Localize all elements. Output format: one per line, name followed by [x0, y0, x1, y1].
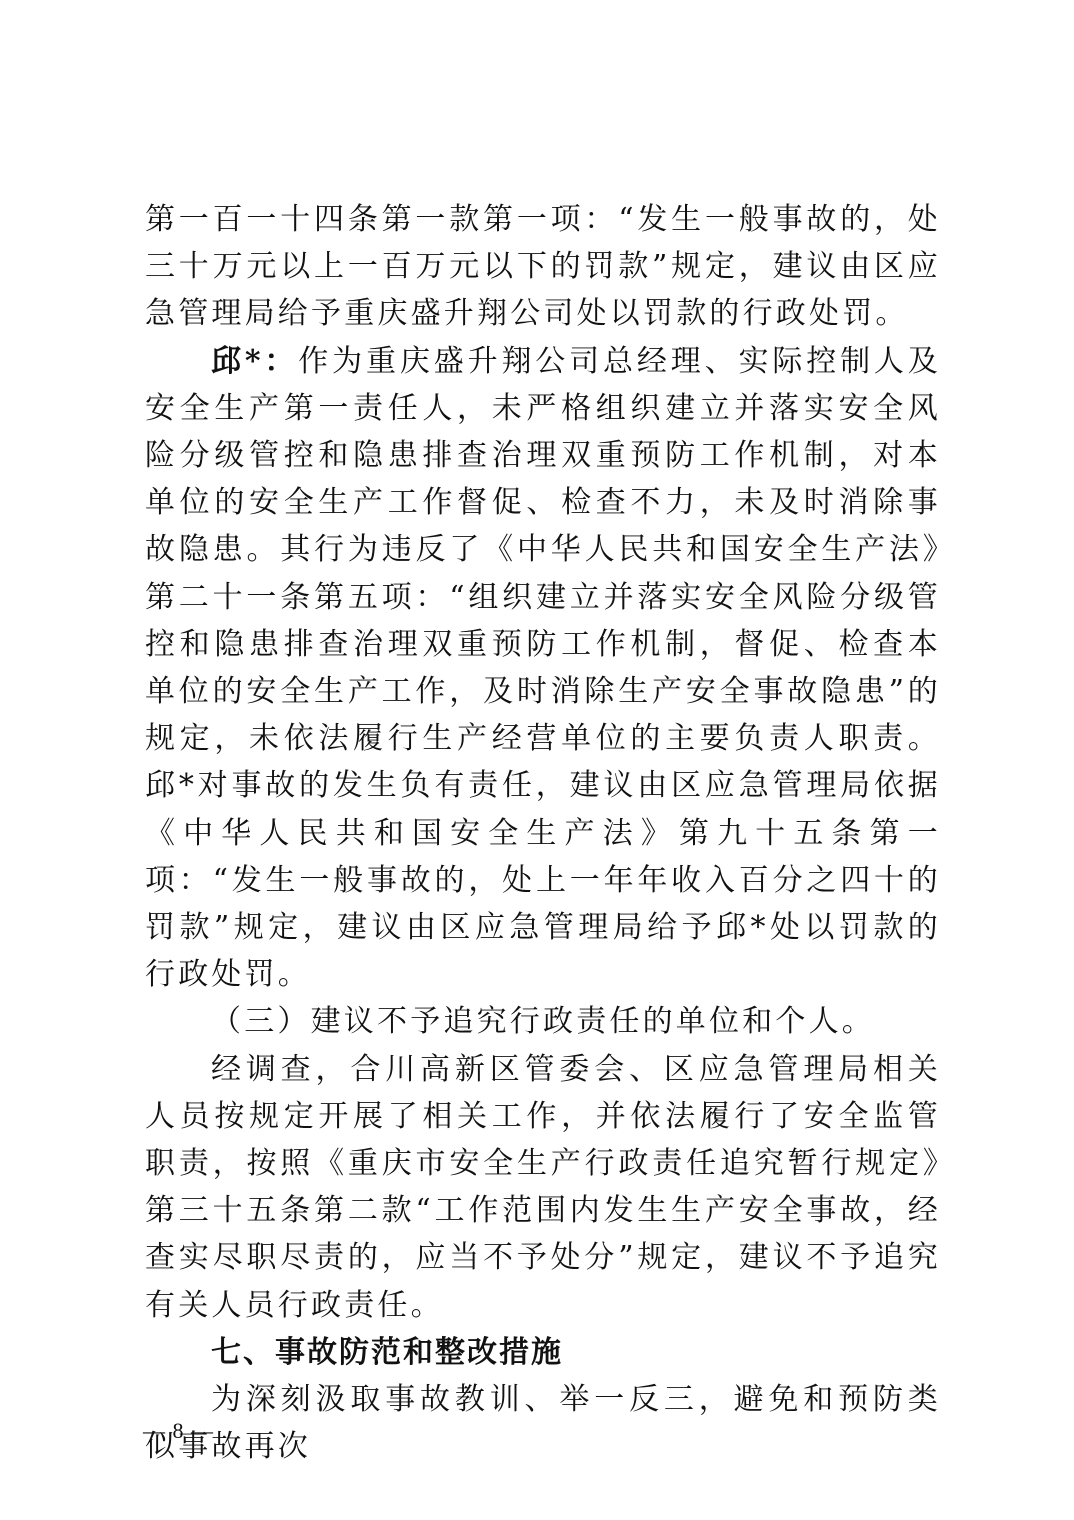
page-number: — 8 —: [143, 1418, 214, 1444]
paragraph-text: 作为重庆盛升翔公司总经理、实际控制人及安全生产第一责任人，未严格组织建立并落实安…: [145, 344, 941, 993]
document-page: 第一百一十四条第一款第一项：“发生一般事故的，处三十万元以上一百万元以下的罚款”…: [145, 196, 941, 1470]
paragraph-no-liability: 经调查，合川高新区管委会、区应急管理局相关人员按规定开展了相关工作，并依法履行了…: [145, 1046, 941, 1329]
subsection-heading-no-liability: （三）建议不予追究行政责任的单位和个人。: [145, 998, 941, 1045]
paragraph-text: 第一百一十四条第一款第一项：“发生一般事故的，处三十万元以上一百万元以下的罚款”…: [145, 202, 941, 331]
section-heading-prevention: 七、事故防范和整改措施: [145, 1329, 941, 1376]
section-heading-text: 七、事故防范和整改措施: [211, 1335, 563, 1370]
paragraph-prevention-intro: 为深刻汲取事故教训、举一反三，避免和预防类似事故再次: [145, 1376, 941, 1470]
subsection-heading-text: （三）建议不予追究行政责任的单位和个人。: [211, 1004, 875, 1039]
paragraph-penalty-company: 第一百一十四条第一款第一项：“发生一般事故的，处三十万元以上一百万元以下的罚款”…: [145, 196, 941, 338]
paragraph-penalty-individual: 邱*：作为重庆盛升翔公司总经理、实际控制人及安全生产第一责任人，未严格组织建立并…: [145, 338, 941, 999]
person-name-label: 邱*：: [211, 344, 298, 379]
paragraph-text: 为深刻汲取事故教训、举一反三，避免和预防类似事故再次: [145, 1382, 941, 1464]
paragraph-text: 经调查，合川高新区管委会、区应急管理局相关人员按规定开展了相关工作，并依法履行了…: [145, 1052, 941, 1323]
